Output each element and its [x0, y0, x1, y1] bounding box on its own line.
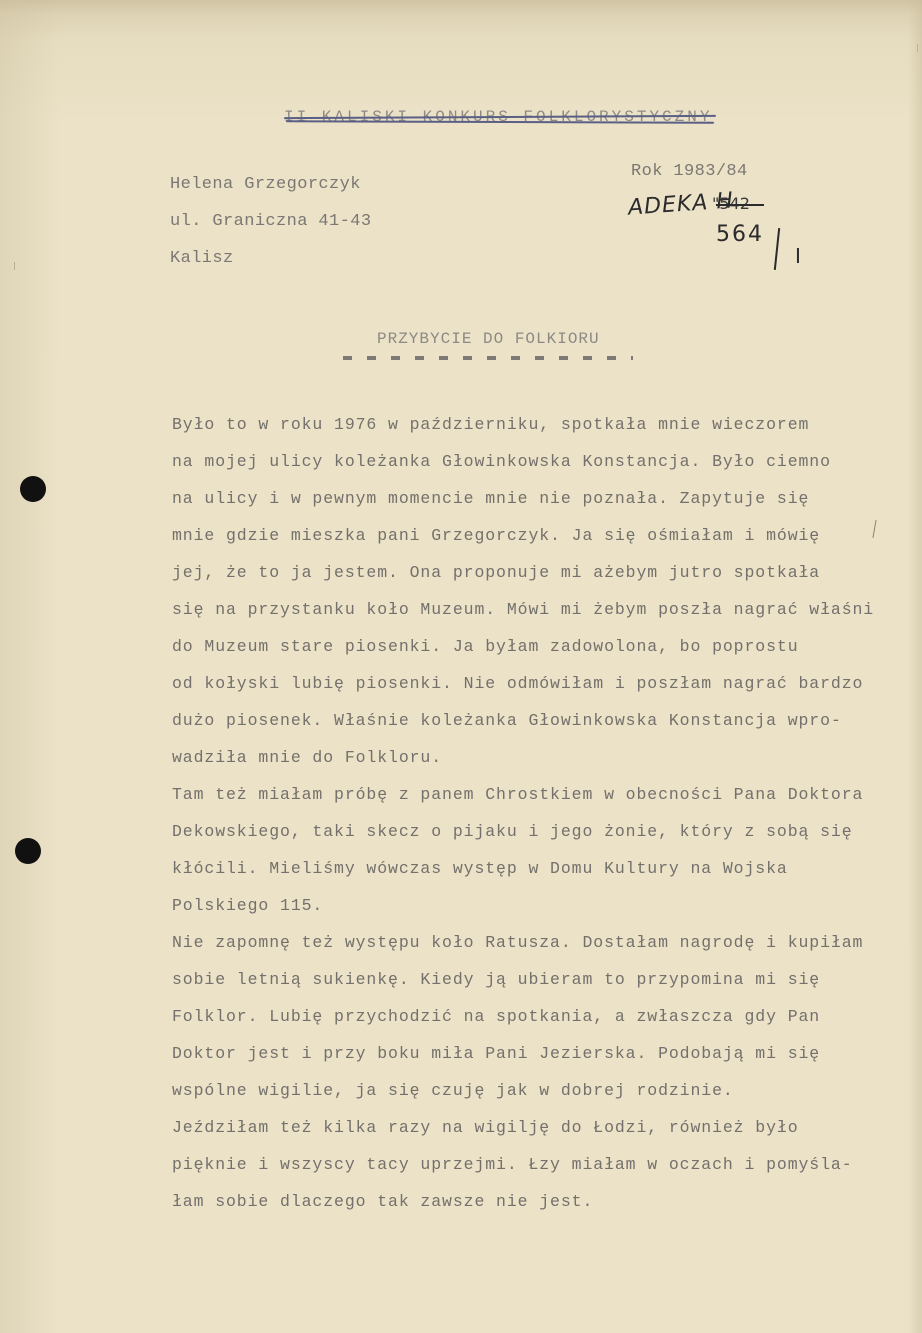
document-title: PRZYBYCIE DO FOLKIORU — [377, 330, 600, 348]
body-line: Nie zapomnę też występu koło Ratusza. Do… — [172, 928, 922, 965]
body-line: Doktor jest i przy boku miła Pani Jezier… — [172, 1039, 922, 1076]
body-line: do Muzeum stare piosenki. Ja byłam zadow… — [172, 632, 922, 669]
body-text: Było to w roku 1976 w październiku, spot… — [172, 410, 922, 1224]
body-line: Folklor. Lubię przychodzić na spotkania,… — [172, 1002, 922, 1039]
archive-slash-mark — [774, 228, 780, 270]
body-line: na ulicy i w pewnym momencie mnie nie po… — [172, 484, 922, 521]
punch-hole-lower — [15, 838, 41, 864]
body-line: Polskiego 115. — [172, 891, 922, 928]
punch-hole-upper — [20, 476, 46, 502]
archive-number: 564 — [716, 222, 764, 247]
document-page: II KALISKI KONKURS FOLKLORYSTYCZNY Helen… — [0, 0, 922, 1333]
body-line: sobie letnią sukienkę. Kiedy ją ubieram … — [172, 965, 922, 1002]
title-dashed-underline — [343, 356, 633, 360]
body-line: na mojej ulicy koleżanka Głowinkowska Ko… — [172, 447, 922, 484]
body-line: Było to w roku 1976 w październiku, spot… — [172, 410, 922, 447]
body-line: kłócili. Mieliśmy wówczas występ w Domu … — [172, 854, 922, 891]
sender-city: Kalisz — [170, 240, 371, 277]
body-line: jej, że to ja jestem. Ona proponuje mi a… — [172, 558, 922, 595]
body-line: wadziła mnie do Folkloru. — [172, 743, 922, 780]
body-line: pięknie i wszyscy tacy uprzejmi. Łzy mia… — [172, 1150, 922, 1187]
body-line: Dekowskiego, taki skecz o pijaku i jego … — [172, 817, 922, 854]
year-label: Rok 1983/84 — [631, 162, 748, 181]
body-line: wspólne wigilie, ja się czuję jak w dobr… — [172, 1076, 922, 1113]
sender-street: ul. Graniczna 41-43 — [170, 203, 371, 240]
body-line: łam sobie dlaczego tak zawsze nie jest. — [172, 1187, 922, 1224]
body-line: dużo piosenek. Właśnie koleżanka Głowink… — [172, 706, 922, 743]
paper-speck — [14, 262, 15, 270]
archive-volume: I — [795, 244, 801, 268]
body-line: od kołyski lubię piosenki. Nie odmówiłam… — [172, 669, 922, 706]
sender-block: Helena Grzegorczyk ul. Graniczna 41-43 K… — [170, 166, 371, 277]
sender-name: Helena Grzegorczyk — [170, 166, 371, 203]
body-line: się na przystanku koło Muzeum. Mówi mi ż… — [172, 595, 922, 632]
body-line: mnie gdzie mieszka pani Grzegorczyk. Ja … — [172, 521, 922, 558]
body-line: Jeździłam też kilka razy na wigilję do Ł… — [172, 1113, 922, 1150]
archive-strike-mark — [716, 204, 764, 206]
body-line: Tam też miałam próbę z panem Chrostkiem … — [172, 780, 922, 817]
paper-speck — [917, 44, 918, 52]
